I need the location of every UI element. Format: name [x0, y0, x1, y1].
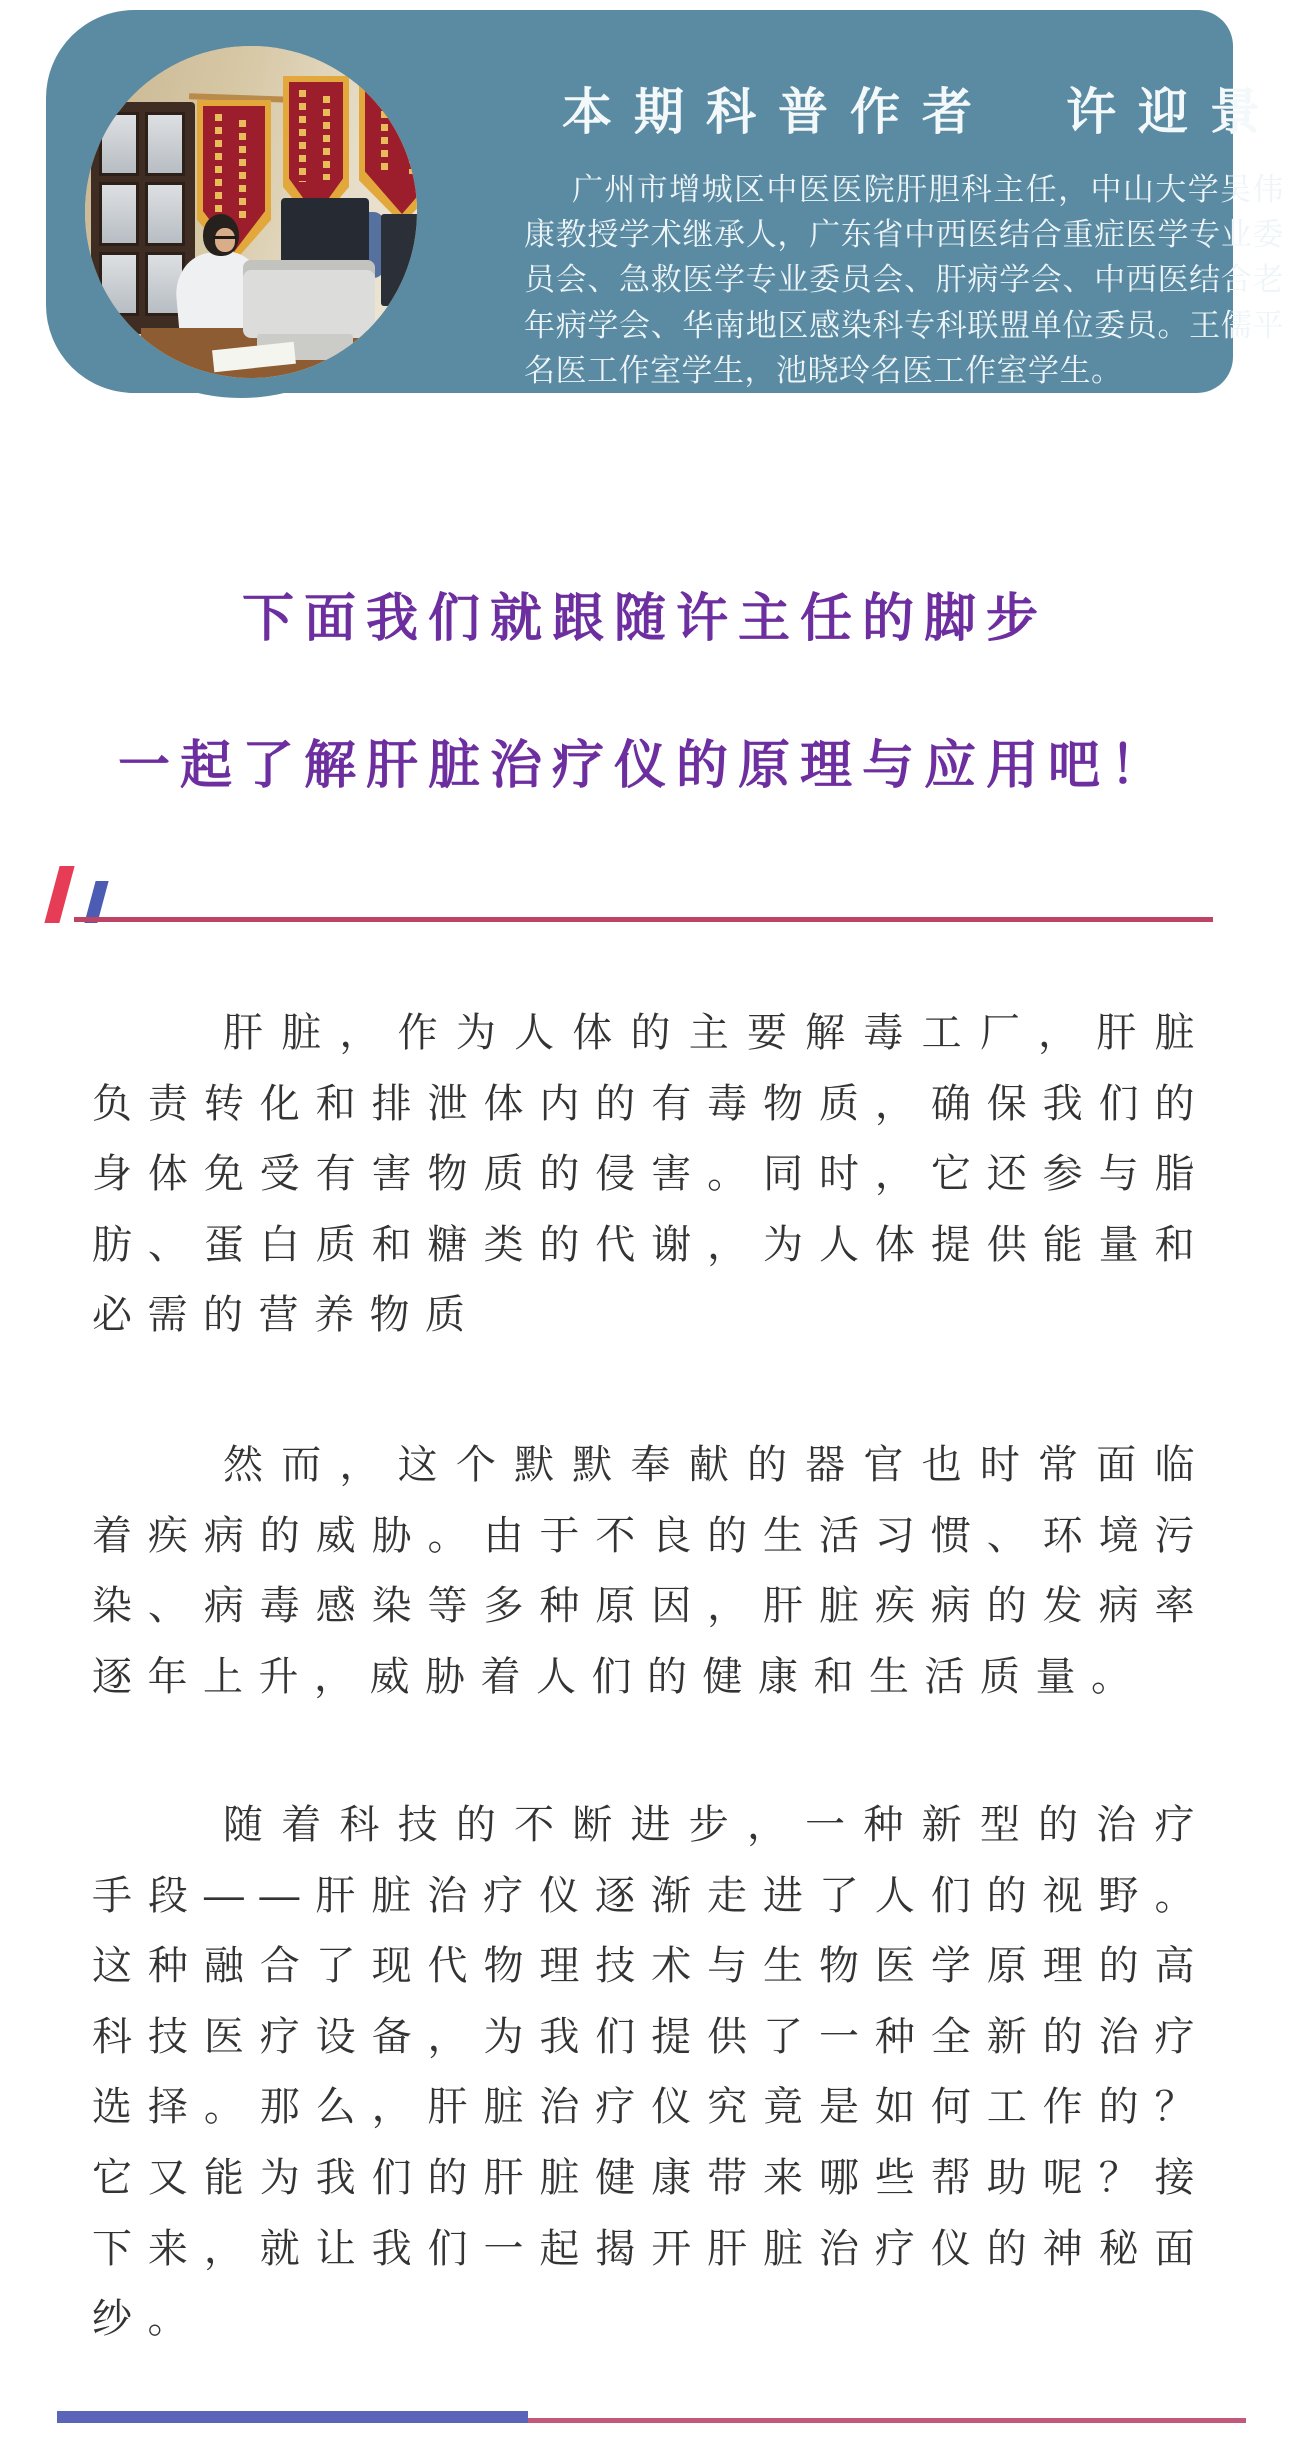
- section-heading-line1: 下面我们就跟随许主任的脚步: [45, 591, 1245, 647]
- printer: [243, 260, 375, 338]
- body-paragraph: 肝脏，作为人体的主要解毒工厂，肝脏负责转化和排泄体内的有毒物质，确保我们的身体免…: [92, 998, 1210, 1351]
- bottom-divider-blue-bar: [57, 2411, 528, 2423]
- banner-title: 本期科普作者 许迎景: [562, 72, 1282, 144]
- cabinet-pane: [99, 112, 139, 176]
- author-photo: [85, 46, 417, 378]
- author-bio-text: 广州市增城区中医医院肝胆科主任，中山大学吴伟康教授学术继承人，广东省中西医结合重…: [524, 167, 1284, 393]
- pennant-calligraphy: [409, 78, 416, 174]
- cabinet-pane: [145, 112, 185, 176]
- pennant-calligraphy: [215, 114, 222, 224]
- pennant-calligraphy: [239, 120, 246, 220]
- doctor-face: [215, 228, 235, 252]
- doctor-glasses: [213, 236, 237, 239]
- pennant-calligraphy: [381, 72, 388, 176]
- cabinet-pane: [99, 252, 139, 316]
- section-heading-line2: 一起了解肝脏治疗仪的原理与应用吧！: [45, 738, 1245, 794]
- second-monitor: [381, 214, 417, 306]
- body-paragraph: 然而，这个默默奉献的器官也时常面临着疾病的威胁。由于不良的生活习惯、环境污染、病…: [92, 1430, 1210, 1712]
- bottom-divider-red-line: [528, 2418, 1246, 2423]
- divider-slash-red: [44, 866, 74, 923]
- article-page: 本期科普作者 许迎景 广州市增城区中医医院肝胆科主任，中山大学吴伟康教授学术继承…: [0, 0, 1290, 2452]
- body-paragraph: 随着科技的不断进步，一种新型的治疗手段——肝脏治疗仪逐渐走进了人们的视野。这种融…: [92, 1790, 1210, 2355]
- pennant-calligraphy: [323, 96, 330, 180]
- cabinet-pane: [145, 182, 185, 246]
- cabinet-pane: [99, 182, 139, 246]
- divider-horizontal-line: [74, 917, 1213, 922]
- pennant-calligraphy: [299, 90, 306, 182]
